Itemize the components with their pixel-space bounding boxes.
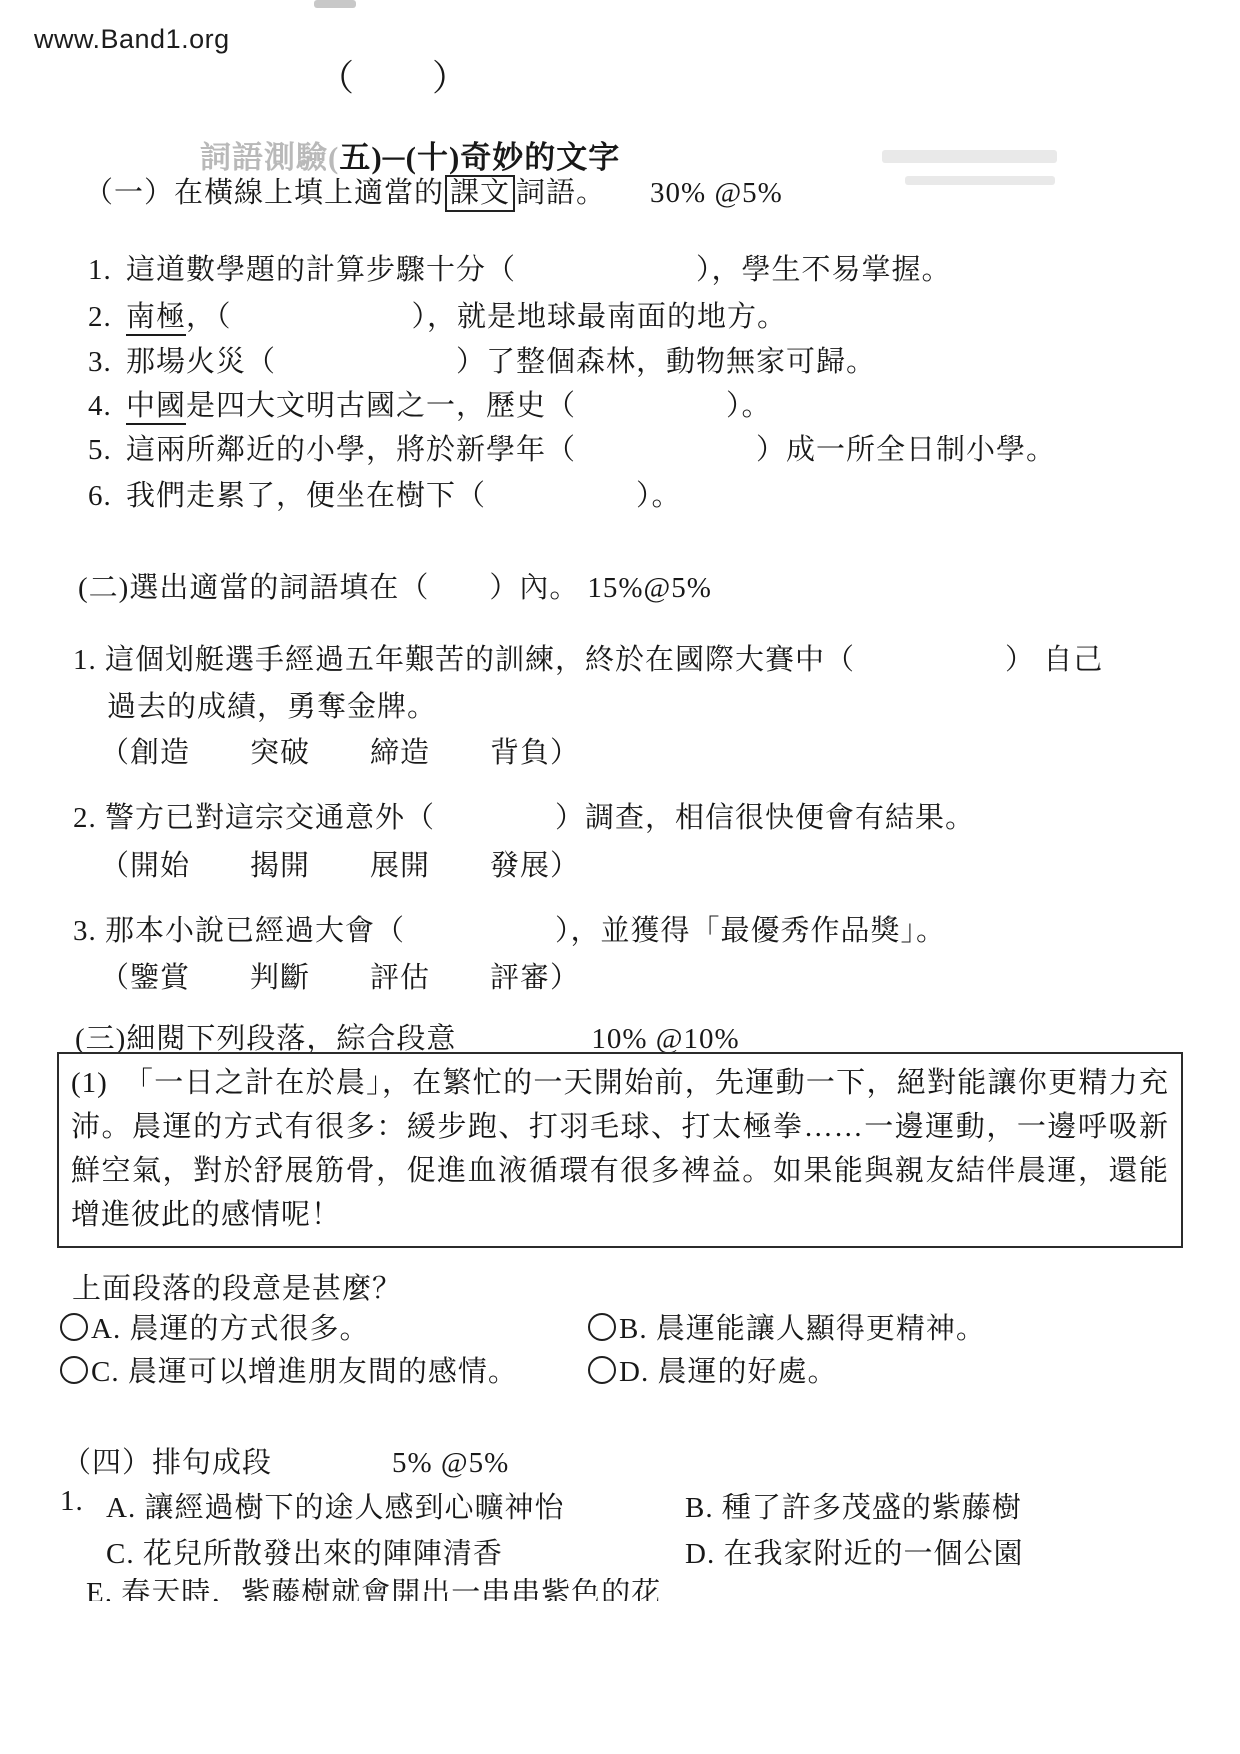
fill-blank-item-3: 3.那場火災（ ）了整個森林，動物無家可歸。 — [88, 339, 876, 380]
ordering-sentence-d: D. 在我家附近的一個公園 — [685, 1531, 1023, 1572]
item-text: 這兩所鄰近的小學，將於新學年（ ）成一所全日制小學。 — [126, 434, 1056, 466]
underlined-word: 南極 — [126, 301, 186, 336]
sentence-b-text: B. 種了許多茂盛的紫藤樹 — [685, 1492, 1022, 1524]
item-number: 1. — [88, 254, 126, 287]
item-text: 我們走累了，便坐在樹下（ ）。 — [126, 480, 682, 512]
sentence-e-text: E. 春天時，紫藤樹就會開出一串串紫色的花 — [86, 1578, 661, 1601]
choose-word-item-2-line1: 2.警方已對這宗交通意外（ ）調查，相信很快便會有結果。 — [73, 795, 975, 836]
item-text: 這個划艇選手經過五年艱苦的訓練，終於在國際大賽中（ ） 自己 — [105, 644, 1103, 676]
item-text: ，（ ），就是地球最南面的地方。 — [186, 301, 787, 333]
class-mark-blank: （ ） — [318, 50, 470, 101]
item-text: 這道數學題的計算步驟十分（ ），學生不易掌握。 — [126, 254, 952, 286]
option-b-radio[interactable] — [588, 1313, 616, 1341]
choose-word-item-1-options: （創造 突破 締造 背負） — [100, 730, 580, 771]
watermark-url: www.Band1.org — [34, 24, 230, 55]
mc-option-a: A. 晨運的方式很多。 — [60, 1306, 369, 1347]
ordering-sentence-a: A. 讓經過樹下的途人感到心曠神怡 — [106, 1485, 564, 1526]
fill-blank-item-6: 6.我們走累了，便坐在樹下（ ）。 — [88, 473, 682, 514]
ordering-sentence-c: C. 花兒所散發出來的陣陣清香 — [106, 1531, 503, 1572]
mc-option-c: C. 晨運可以增進朋友間的感情。 — [60, 1349, 518, 1390]
item-text: 那本小說已經過大會（ ），並獲得「最優秀作品獎」。 — [105, 915, 946, 947]
section1-boxed-word: 課文 — [445, 175, 515, 212]
option-a-radio[interactable] — [60, 1313, 88, 1341]
item-number: 1. — [60, 1485, 84, 1517]
scan-artifact — [905, 176, 1055, 185]
ordering-sentence-b: B. 種了許多茂盛的紫藤樹 — [685, 1485, 1022, 1526]
options-text: （創造 突破 締造 背負） — [100, 737, 580, 769]
section4-heading: （四）排句成段5% @5% — [62, 1440, 509, 1481]
choose-word-item-1-line2: 過去的成績，勇奪金牌。 — [107, 684, 437, 725]
item-number: 3. — [88, 346, 126, 379]
item-text: 警方已對這宗交通意外（ ）調查，相信很快便會有結果。 — [105, 802, 975, 834]
section1-score: 30% @5% — [650, 177, 783, 210]
mc-option-d: D. 晨運的好處。 — [588, 1349, 837, 1390]
section3-heading-text: (三)細閱下列段落，綜合段意 — [75, 1023, 456, 1055]
item-number: 2. — [73, 802, 105, 835]
scan-artifact — [314, 0, 356, 8]
passage-label: (1) — [71, 1067, 108, 1099]
fill-blank-item-2: 2.南極，（ ），就是地球最南面的地方。 — [88, 294, 787, 335]
sentence-c-text: C. 花兒所散發出來的陣陣清香 — [106, 1538, 503, 1570]
mc-option-b: B. 晨運能讓人顯得更精神。 — [588, 1306, 986, 1347]
sentence-a-text: A. 讓經過樹下的途人感到心曠神怡 — [106, 1492, 564, 1524]
ordering-sentence-e-clipped: E. 春天時，紫藤樹就會開出一串串紫色的花 — [86, 1578, 1086, 1601]
scanned-test-paper: www.Band1.org （ ） 詞語測驗(五)─(十)奇妙的文字 （一）在橫… — [0, 0, 1240, 1754]
reading-passage-box: (1) 「一日之計在於晨」，在繁忙的一天開始前，先運動一下，絕對能讓你更精力充沛… — [57, 1052, 1183, 1248]
option-d-label: D. 晨運的好處。 — [619, 1356, 837, 1388]
item-number: 3. — [73, 915, 105, 948]
question-text: 上面段落的段意是甚麼？ — [72, 1273, 402, 1305]
item-text: 過去的成績，勇奪金牌。 — [107, 691, 437, 723]
item-text: 那場火災（ ）了整個森林，動物無家可歸。 — [126, 346, 876, 378]
section4-heading-text: （四）排句成段 — [62, 1447, 272, 1479]
item-text: 是四大文明古國之一，歷史（ ）。 — [186, 390, 772, 422]
choose-word-item-2-options: （開始 揭開 展開 發展） — [100, 843, 580, 884]
section1-heading: （一）在橫線上填上適當的課文詞語。30% @5% — [84, 170, 783, 212]
section1-heading-post: 詞語。 — [516, 177, 606, 209]
section3-question: 上面段落的段意是甚麼？ — [72, 1266, 402, 1307]
fill-blank-item-4: 4.中國是四大文明古國之一，歷史（ ）。 — [88, 383, 772, 424]
underlined-word: 中國 — [126, 390, 186, 425]
fill-blank-item-1: 1.這道數學題的計算步驟十分（ ），學生不易掌握。 — [88, 247, 952, 288]
choose-word-item-1-line1: 1.這個划艇選手經過五年艱苦的訓練，終於在國際大賽中（ ） 自己 — [73, 637, 1103, 678]
option-b-label: B. 晨運能讓人顯得更精神。 — [619, 1313, 986, 1345]
sentence-d-text: D. 在我家附近的一個公園 — [685, 1538, 1023, 1570]
section1-heading-pre: （一）在橫線上填上適當的 — [84, 177, 444, 209]
item-number: 6. — [88, 480, 126, 513]
section2-score: 15%@5% — [587, 572, 712, 605]
ordering-item-number: 1. — [60, 1485, 84, 1518]
item-number: 1. — [73, 644, 105, 677]
scan-artifact — [882, 150, 1057, 163]
option-c-label: C. 晨運可以增進朋友間的感情。 — [91, 1356, 518, 1388]
passage-text: 「一日之計在於晨」，在繁忙的一天開始前，先運動一下，絕對能讓你更精力充沛。晨運的… — [71, 1067, 1169, 1231]
choose-word-item-3-line1: 3.那本小說已經過大會（ ），並獲得「最優秀作品獎」。 — [73, 908, 946, 949]
section2-heading-text: (二)選出適當的詞語填在（ ）內。 — [78, 572, 579, 604]
item-number: 2. — [88, 301, 126, 334]
option-c-radio[interactable] — [60, 1356, 88, 1384]
section4-score: 5% @5% — [392, 1447, 509, 1480]
option-a-label: A. 晨運的方式很多。 — [91, 1313, 369, 1345]
options-text: （鑒賞 判斷 評估 評審） — [100, 962, 580, 994]
section2-heading: (二)選出適當的詞語填在（ ）內。15%@5% — [78, 565, 712, 606]
fill-blank-item-5: 5.這兩所鄰近的小學，將於新學年（ ）成一所全日制小學。 — [88, 427, 1056, 468]
section3-heading: (三)細閱下列段落，綜合段意10% @10% — [75, 1016, 740, 1057]
item-number: 5. — [88, 434, 126, 467]
choose-word-item-3-options: （鑒賞 判斷 評估 評審） — [100, 955, 580, 996]
options-text: （開始 揭開 展開 發展） — [100, 850, 580, 882]
option-d-radio[interactable] — [588, 1356, 616, 1384]
reading-passage: (1) 「一日之計在於晨」，在繁忙的一天開始前，先運動一下，絕對能讓你更精力充沛… — [71, 1061, 1169, 1237]
item-number: 4. — [88, 390, 126, 423]
